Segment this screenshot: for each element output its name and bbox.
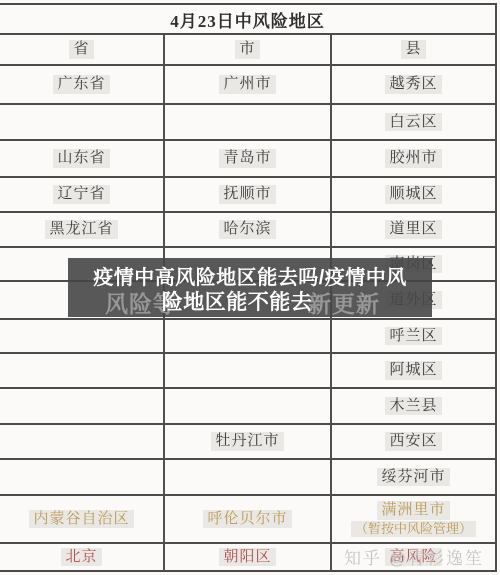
city-cell [165,320,332,352]
table-row: 山东省 青岛市 胶州市 [0,141,495,178]
table-body: 广东省 广州市 越秀区 白云区 山东省 青岛市 胶州市 辽宁 [0,66,495,572]
table-title: 4月23日中风险地区 [0,5,495,35]
province-cell: 山东省 [0,141,165,176]
province-cell: 内蒙谷自治区 [0,496,165,542]
overlay-caption-line2-text: 险地区能不能去 [162,286,313,316]
county-cell: 道里区 [332,213,495,246]
caption-overlay: 疫情中高风险地区能去吗/疫情中风 风险等 险地区能不能去 新更新 [68,258,432,317]
province-cell: 广东省 [0,66,165,103]
province-cell [0,354,165,387]
screenshot-root: 4月23日中风险地区 省 市 县 广东省 广州市 越秀区 白云区 山东省 [0,0,500,575]
city-cell [165,389,332,423]
table-row: 黑龙江省 哈尔滨 道里区 [0,213,495,248]
province-cell [0,425,165,458]
county-cell: 胶州市 [332,141,495,176]
column-header-city: 市 [165,35,332,64]
county-cell: 顺城区 [332,178,495,211]
city-cell [165,460,332,494]
overlay-caption-line2: 风险等 险地区能不能去 新更新 [68,286,432,314]
province-cell [0,320,165,352]
watermark: 知乎 @青衫逸笙 [344,544,484,569]
column-header-province: 省 [0,35,165,64]
county-cell: 白云区 [332,105,495,139]
table-row: 辽宁省 抚顺市 顺城区 [0,178,495,213]
county-cell: 满洲里市 （暂按中风险管理） [332,496,495,542]
province-cell [0,105,165,139]
table-row: 广东省 广州市 越秀区 [0,66,495,105]
table-row: 绥芬河市 [0,460,495,496]
table-row: 木兰县 [0,389,495,425]
city-cell [165,105,332,139]
county-cell: 绥芬河市 [332,460,495,494]
county-cell: 木兰县 [332,389,495,423]
city-cell [165,354,332,387]
city-cell: 牡丹江市 [165,425,332,458]
province-cell [0,460,165,494]
table-row: 牡丹江市 西安区 [0,425,495,460]
table-row: 内蒙谷自治区 呼伦贝尔市 满洲里市 （暂按中风险管理） [0,496,495,544]
province-cell [0,389,165,423]
table-row: 呼兰区 [0,320,495,354]
county-cell: 西安区 [332,425,495,458]
table-header-row: 省 市 县 [0,35,495,66]
table-row: 白云区 [0,105,495,141]
province-cell: 北京 [0,544,165,570]
city-cell: 朝阳区 [165,544,332,570]
province-cell: 辽宁省 [0,178,165,211]
column-header-county: 县 [332,35,495,64]
city-cell: 青岛市 [165,141,332,176]
city-cell: 抚顺市 [165,178,332,211]
city-cell: 广州市 [165,66,332,103]
table-row: 阿城区 [0,354,495,389]
city-cell: 呼伦贝尔市 [165,496,332,542]
city-cell: 哈尔滨 [165,213,332,246]
province-cell: 黑龙江省 [0,213,165,246]
county-cell: 呼兰区 [332,320,495,352]
county-cell: 越秀区 [332,66,495,103]
county-cell: 阿城区 [332,354,495,387]
ghost-text-right: 新更新 [308,286,380,319]
